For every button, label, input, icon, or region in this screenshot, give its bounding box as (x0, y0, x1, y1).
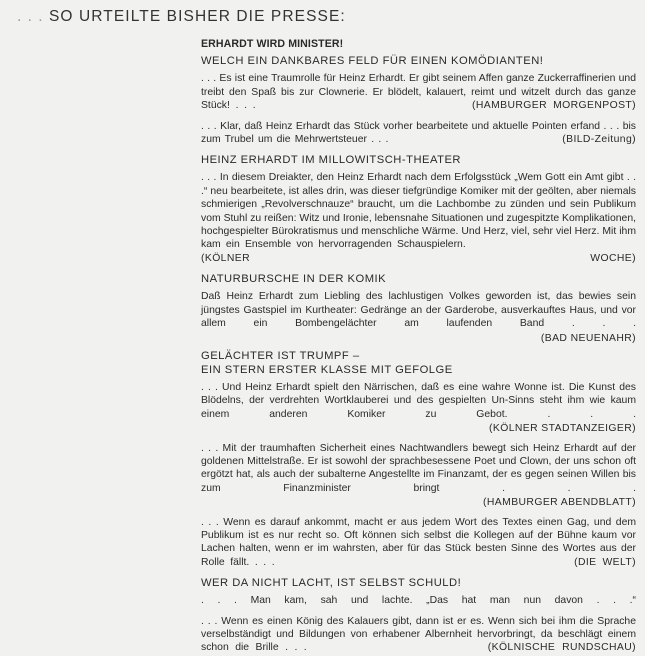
quote-text: . . . Man kam, sah und lachte. „Das hat … (201, 595, 636, 606)
quote-text: . . . In diesem Dreiakter, den Heinz Erh… (201, 172, 636, 250)
review-section: GELÄCHTER IST TRUMPF – EIN STERN ERSTER … (201, 349, 636, 569)
quote-text: . . . Wenn es darauf ankommt, macht er a… (201, 517, 636, 568)
quote-source: (BAD NEUENAHR) (201, 332, 636, 345)
quote-source: (DIE WELT) (574, 557, 636, 568)
review-quote: . . . Man kam, sah und lachte. „Das hat … (201, 594, 636, 607)
press-reviews-column: ERHARDT WIRD MINISTER! WELCH EIN DANKBAR… (201, 38, 636, 656)
quote-source: (HAMBURGER MORGENPOST) (472, 100, 636, 111)
review-section: NATURBURSCHE IN DER KOMIK Daß Heinz Erha… (201, 272, 636, 345)
quote-text: Daß Heinz Erhardt zum Liebling des lachl… (201, 291, 636, 329)
quote-source: (KÖLNER STADTANZEIGER) (201, 422, 636, 435)
review-quote: . . . Wenn es darauf ankommt, macht er a… (201, 516, 636, 570)
quote-source: (KÖLNISCHE RUNDSCHAU) (488, 642, 636, 653)
review-section: HEINZ ERHARDT IM MILLOWITSCH-THEATER . .… (201, 153, 636, 265)
section-title: WELCH EIN DANKBARES FELD FÜR EINEN KOMÖD… (201, 54, 636, 68)
review-quote: . . . In diesem Dreiakter, den Heinz Erh… (201, 171, 636, 265)
page-heading: . . . SO URTEILTE BISHER DIE PRESSE: (17, 8, 346, 26)
review-quote: . . . Mit der traumhaften Sicherheit ein… (201, 442, 636, 496)
review-section: ERHARDT WIRD MINISTER! WELCH EIN DANKBAR… (201, 38, 636, 146)
review-quote: . . . Es ist eine Traumrolle für Heinz E… (201, 72, 636, 112)
section-kicker: ERHARDT WIRD MINISTER! (201, 38, 636, 51)
review-quote: Daß Heinz Erhardt zum Liebling des lachl… (201, 290, 636, 330)
section-title: NATURBURSCHE IN DER KOMIK (201, 272, 636, 286)
section-title: WER DA NICHT LACHT, IST SELBST SCHULD! (201, 576, 636, 590)
section-title: HEINZ ERHARDT IM MILLOWITSCH-THEATER (201, 153, 636, 167)
section-subtitle: EIN STERN ERSTER KLASSE MIT GEFOLGE (201, 363, 636, 377)
review-quote: . . . Wenn es einen König des Kalauers g… (201, 615, 636, 655)
quote-source: (HAMBURGER ABENDBLATT) (201, 496, 636, 509)
review-quote: . . . Klar, daß Heinz Erhardt das Stück … (201, 120, 636, 147)
review-quote: . . . Und Heinz Erhardt spielt den Närri… (201, 381, 636, 421)
review-section: WER DA NICHT LACHT, IST SELBST SCHULD! .… (201, 576, 636, 655)
quote-text: . . . Und Heinz Erhardt spielt den Närri… (201, 382, 636, 420)
quote-source: (BILD-Zeitung) (562, 134, 636, 145)
section-title: GELÄCHTER IST TRUMPF – (201, 349, 636, 363)
quote-text: . . . Mit der traumhaften Sicherheit ein… (201, 443, 636, 494)
heading-text: SO URTEILTE BISHER DIE PRESSE: (49, 8, 346, 25)
heading-ellipsis: . . . (17, 8, 44, 25)
quote-source: (KÖLNER WOCHE) (201, 253, 636, 264)
